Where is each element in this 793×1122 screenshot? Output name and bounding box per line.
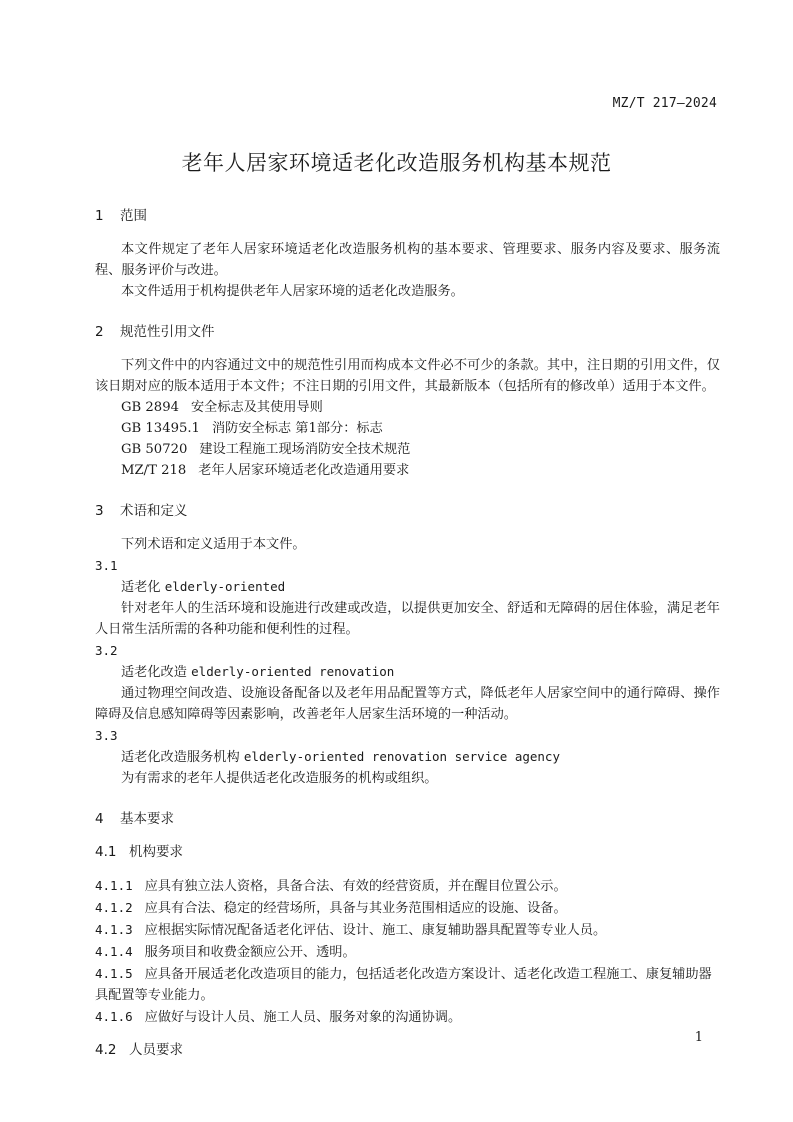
term-number: 3.1 xyxy=(95,555,720,576)
clause-item: 4.1.2应具有合法、稳定的经营场所，具备与其业务范围相适应的设施、设备。 xyxy=(95,897,720,919)
section-3-heading: 3术语和定义 xyxy=(95,501,720,522)
clause-item: 4.1.1应具有独立法人资格，具备合法、有效的经营资质，并在醒目位置公示。 xyxy=(95,875,720,897)
term-name: 适老化改造服务机构 elderly-oriented renovation se… xyxy=(121,746,720,768)
terms-intro: 下列术语和定义适用于本文件。 xyxy=(95,534,720,555)
subsection-4-1-heading: 4.1机构要求 xyxy=(95,842,720,863)
term-number: 3.3 xyxy=(95,725,720,746)
term-definition: 针对老年人的生活环境和设施进行改建或改造，以提供更加安全、舒适和无障碍的居住体验… xyxy=(95,598,720,640)
term-definition: 为有需求的老年人提供适老化改造服务的机构或组织。 xyxy=(95,768,720,789)
scope-paragraph: 本文件规定了老年人居家环境适老化改造服务机构的基本要求、管理要求、服务内容及要求… xyxy=(95,239,720,281)
reference-item: GB 50720建设工程施工现场消防安全技术规范 xyxy=(121,439,720,460)
section-2-heading: 2规范性引用文件 xyxy=(95,322,720,343)
section-4-heading: 4基本要求 xyxy=(95,809,720,830)
term-name: 适老化改造 elderly-oriented renovation xyxy=(121,661,720,683)
clause-item: 4.1.6应做好与设计人员、施工人员、服务对象的沟通协调。 xyxy=(95,1006,720,1028)
standard-code: MZ/T 217—2024 xyxy=(613,96,717,111)
clause-item: 4.1.4服务项目和收费金额应公开、透明。 xyxy=(95,941,720,963)
clause-item: 4.1.3应根据实际情况配备适老化评估、设计、施工、康复辅助器具配置等专业人员。 xyxy=(95,919,720,941)
clause-item: 4.1.5应具备开展适老化改造项目的能力，包括适老化改造方案设计、适老化改造工程… xyxy=(95,963,720,1006)
reference-item: GB 13495.1消防安全标志 第1部分：标志 xyxy=(121,418,720,439)
term-number: 3.2 xyxy=(95,640,720,661)
document-body: 1范围 本文件规定了老年人居家环境适老化改造服务机构的基本要求、管理要求、服务内… xyxy=(95,206,720,1061)
reference-item: GB 2894安全标志及其使用导则 xyxy=(121,397,720,418)
term-name: 适老化 elderly-oriented xyxy=(121,576,720,598)
term-definition: 通过物理空间改造、设施设备配备以及老年用品配置等方式，降低老年人居家空间中的通行… xyxy=(95,683,720,725)
reference-item: MZ/T 218老年人居家环境适老化改造通用要求 xyxy=(121,460,720,481)
subsection-4-2-heading: 4.2人员要求 xyxy=(95,1040,720,1061)
scope-paragraph: 本文件适用于机构提供老年人居家环境的适老化改造服务。 xyxy=(95,281,720,302)
section-1-heading: 1范围 xyxy=(95,206,720,227)
page-number: 1 xyxy=(695,1030,703,1045)
references-intro: 下列文件中的内容通过文中的规范性引用而构成本文件必不可少的条款。其中，注日期的引… xyxy=(95,355,720,397)
document-title: 老年人居家环境适老化改造服务机构基本规范 xyxy=(0,147,793,177)
